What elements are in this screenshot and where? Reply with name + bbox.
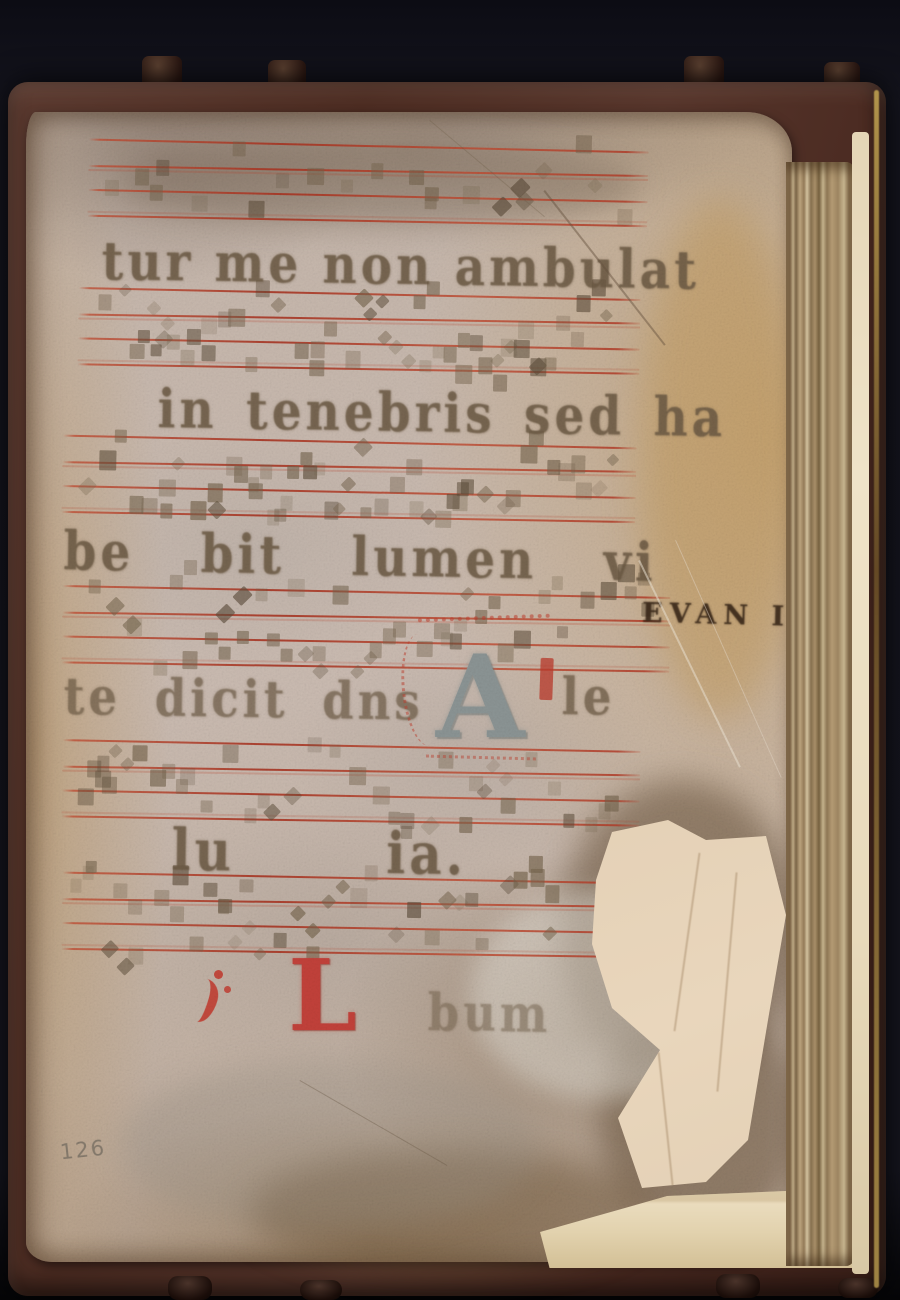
staff bbox=[77, 288, 640, 378]
binding-boss-icon bbox=[838, 1278, 878, 1298]
binding-boss-icon bbox=[168, 1276, 212, 1300]
staff bbox=[61, 435, 636, 526]
initial-letter: A bbox=[436, 630, 524, 764]
page-stack-edge bbox=[786, 162, 854, 1266]
fore-edge-strip bbox=[852, 132, 869, 1274]
gilded-cover-edge bbox=[874, 90, 879, 1288]
neumes-layer bbox=[87, 139, 648, 230]
chant-text-line: tur me non ambulat bbox=[101, 230, 700, 302]
neumes-layer bbox=[61, 586, 670, 676]
versicle-mark-icon bbox=[184, 968, 230, 1032]
decorated-initial-a: A bbox=[418, 630, 568, 770]
neumes-layer bbox=[77, 288, 640, 378]
staff bbox=[87, 139, 648, 230]
binding-boss-icon bbox=[300, 1280, 342, 1300]
chant-text-line: le bbox=[561, 666, 615, 727]
rubric-initial-l: L bbox=[288, 948, 357, 1046]
chant-text-line: in tenebris sed ha bbox=[157, 378, 726, 450]
chant-text-line: bum bbox=[427, 982, 552, 1044]
manuscript-photo-scene: tur me non ambulat in tenebris sed ha be… bbox=[0, 0, 900, 1300]
chant-text-line: lu ia. bbox=[171, 816, 467, 888]
neumes-layer bbox=[61, 435, 636, 526]
staff bbox=[61, 586, 670, 676]
versicle-curl bbox=[181, 975, 223, 1026]
chant-text-line: te dicit dns bbox=[63, 666, 424, 732]
chant-text-line: be bit lumen vi bbox=[63, 520, 657, 594]
binding-boss-icon bbox=[716, 1274, 760, 1298]
versicle-dot bbox=[224, 986, 231, 993]
red-pen-mark bbox=[539, 658, 553, 700]
versicle-dot bbox=[214, 970, 223, 979]
folio-number: 126 bbox=[59, 1136, 107, 1165]
